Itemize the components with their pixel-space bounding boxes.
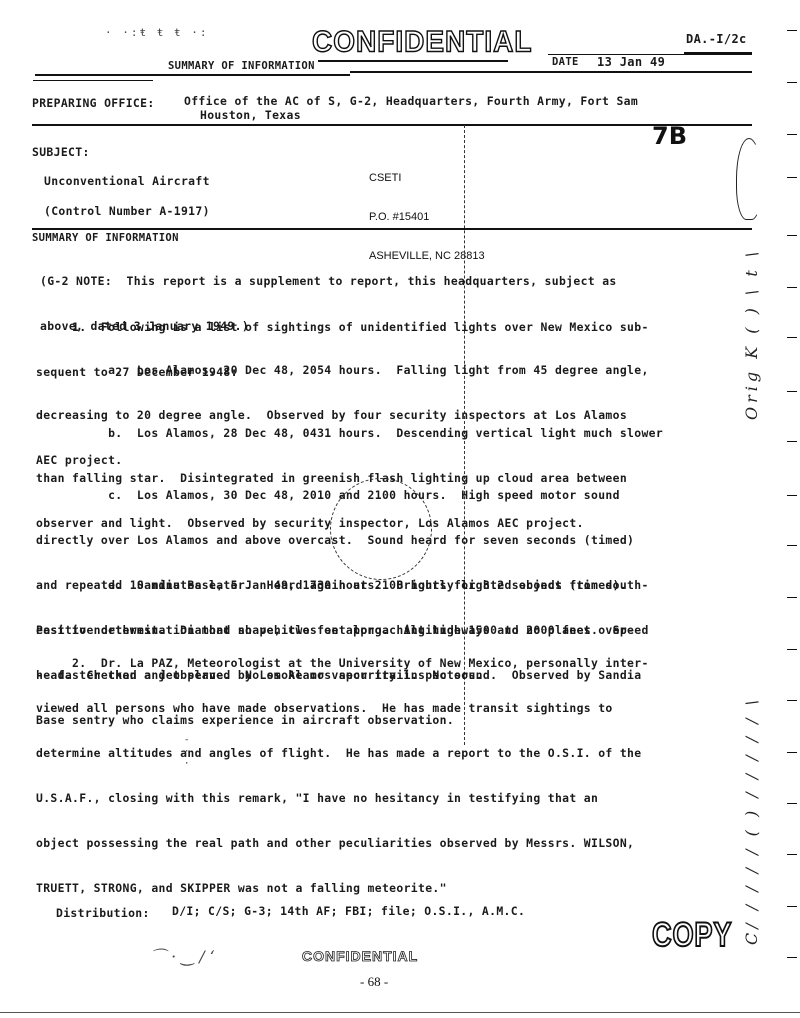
subject-rule	[32, 228, 752, 230]
preparing-office-line1: Office of the AC of S, G-2, Headquarters…	[184, 94, 638, 108]
paragraph-2: 2. Dr. La PAZ, Meteorologist at the Univ…	[36, 626, 649, 926]
page-number: - 68 -	[360, 974, 388, 990]
date-rule-top	[548, 54, 752, 55]
edge-tick	[787, 752, 797, 753]
edge-tick	[787, 803, 797, 804]
paragraph-2-line: determine altitudes and angles of flight…	[36, 746, 649, 761]
paragraph-2-line: TRUETT, STRONG, and SKIPPER was not a fa…	[36, 881, 649, 896]
footer-classification: CONFIDENTIAL	[302, 948, 418, 964]
edge-tick	[787, 30, 797, 31]
preparing-office-label: PREPARING OFFICE:	[32, 96, 155, 110]
doc-code: DA.-I/2c	[686, 32, 747, 46]
paragraph-2-line: U.S.A.F., closing with this remark, "I h…	[36, 791, 649, 806]
edge-tick	[787, 177, 797, 178]
edge-tick	[787, 441, 797, 442]
distribution-recipients: D/I; C/S; G-3; 14th AF; FBI; file; O.S.I…	[172, 904, 525, 918]
margin-handwriting-lower: C/ / / / / ( ) / / / / / \	[742, 696, 761, 945]
bottom-rule	[0, 1012, 800, 1013]
edge-tick	[787, 957, 797, 958]
sighting-d-line: d. Sandia Base, 5 Jan 49, 1730 hours. Br…	[36, 578, 649, 593]
edge-tick	[787, 495, 797, 496]
archive-stamp-line1: CSETI	[369, 172, 485, 185]
g2-note-line: (G-2 NOTE: This report is a supplement t…	[40, 274, 617, 289]
subject-label: SUBJECT:	[32, 145, 90, 159]
document-page: · ·:ŧ ŧ ŧ ·: CONFIDENTIAL DA.-I/2c SUMMA…	[0, 0, 800, 1018]
preparing-office-line2: Houston, Texas	[200, 108, 301, 122]
edge-tick	[787, 134, 797, 135]
classification-underline	[318, 60, 508, 62]
edge-tick	[787, 649, 797, 650]
office-rule	[32, 124, 752, 126]
left-bracket-rule	[33, 80, 153, 81]
edge-tick	[787, 545, 797, 546]
sighting-a-line: a. Los Alamos, 20 Dec 48, 2054 hours. Fa…	[36, 363, 649, 378]
sighting-c-line: c. Los Alamos, 30 Dec 48, 2010 and 2100 …	[36, 488, 634, 503]
margin-handwriting-upper: Orig K ( ) \ t \	[742, 248, 761, 420]
date-value: 13 Jan 49	[597, 55, 665, 69]
footer-scribble: ⌒ · ‿ / ʻ	[150, 944, 215, 967]
edge-tick	[787, 82, 797, 83]
margin-scrawl-top	[736, 138, 762, 220]
edge-tick	[787, 337, 797, 338]
sighting-b-line: b. Los Alamos, 28 Dec 48, 0431 hours. De…	[36, 426, 663, 441]
handwritten-page-mark: 7B	[652, 122, 687, 150]
classification-stamp: CONFIDENTIAL	[312, 25, 532, 59]
edge-tick	[787, 700, 797, 701]
distribution-label: Distribution:	[56, 906, 150, 920]
edge-tick	[787, 854, 797, 855]
stray-marks: -··	[184, 734, 189, 770]
form-title: SUMMARY OF INFORMATION	[168, 60, 315, 72]
edge-tick	[787, 391, 797, 392]
archive-stamp-line2: P.O. #15401	[369, 211, 485, 224]
edge-tick	[787, 235, 797, 236]
edge-tick	[787, 287, 797, 288]
subject-control-number: (Control Number A-1917)	[44, 204, 210, 218]
title-rule	[35, 74, 350, 76]
smudge-mark: · ·:ŧ ŧ ŧ ·:	[105, 26, 208, 39]
edge-tick	[787, 906, 797, 907]
summary-heading: SUMMARY OF INFORMATION	[32, 232, 179, 244]
paragraph-2-line: viewed all persons who have made observa…	[36, 701, 649, 716]
paragraph-2-line: 2. Dr. La PAZ, Meteorologist at the Univ…	[36, 656, 649, 671]
edge-tick	[787, 597, 797, 598]
date-rule	[350, 71, 752, 73]
copy-stamp: COPY	[652, 916, 732, 955]
subject-title: Unconventional Aircraft	[44, 174, 210, 188]
paragraph-2-line: object possessing the real path and othe…	[36, 836, 649, 851]
date-label: DATE	[552, 56, 579, 68]
